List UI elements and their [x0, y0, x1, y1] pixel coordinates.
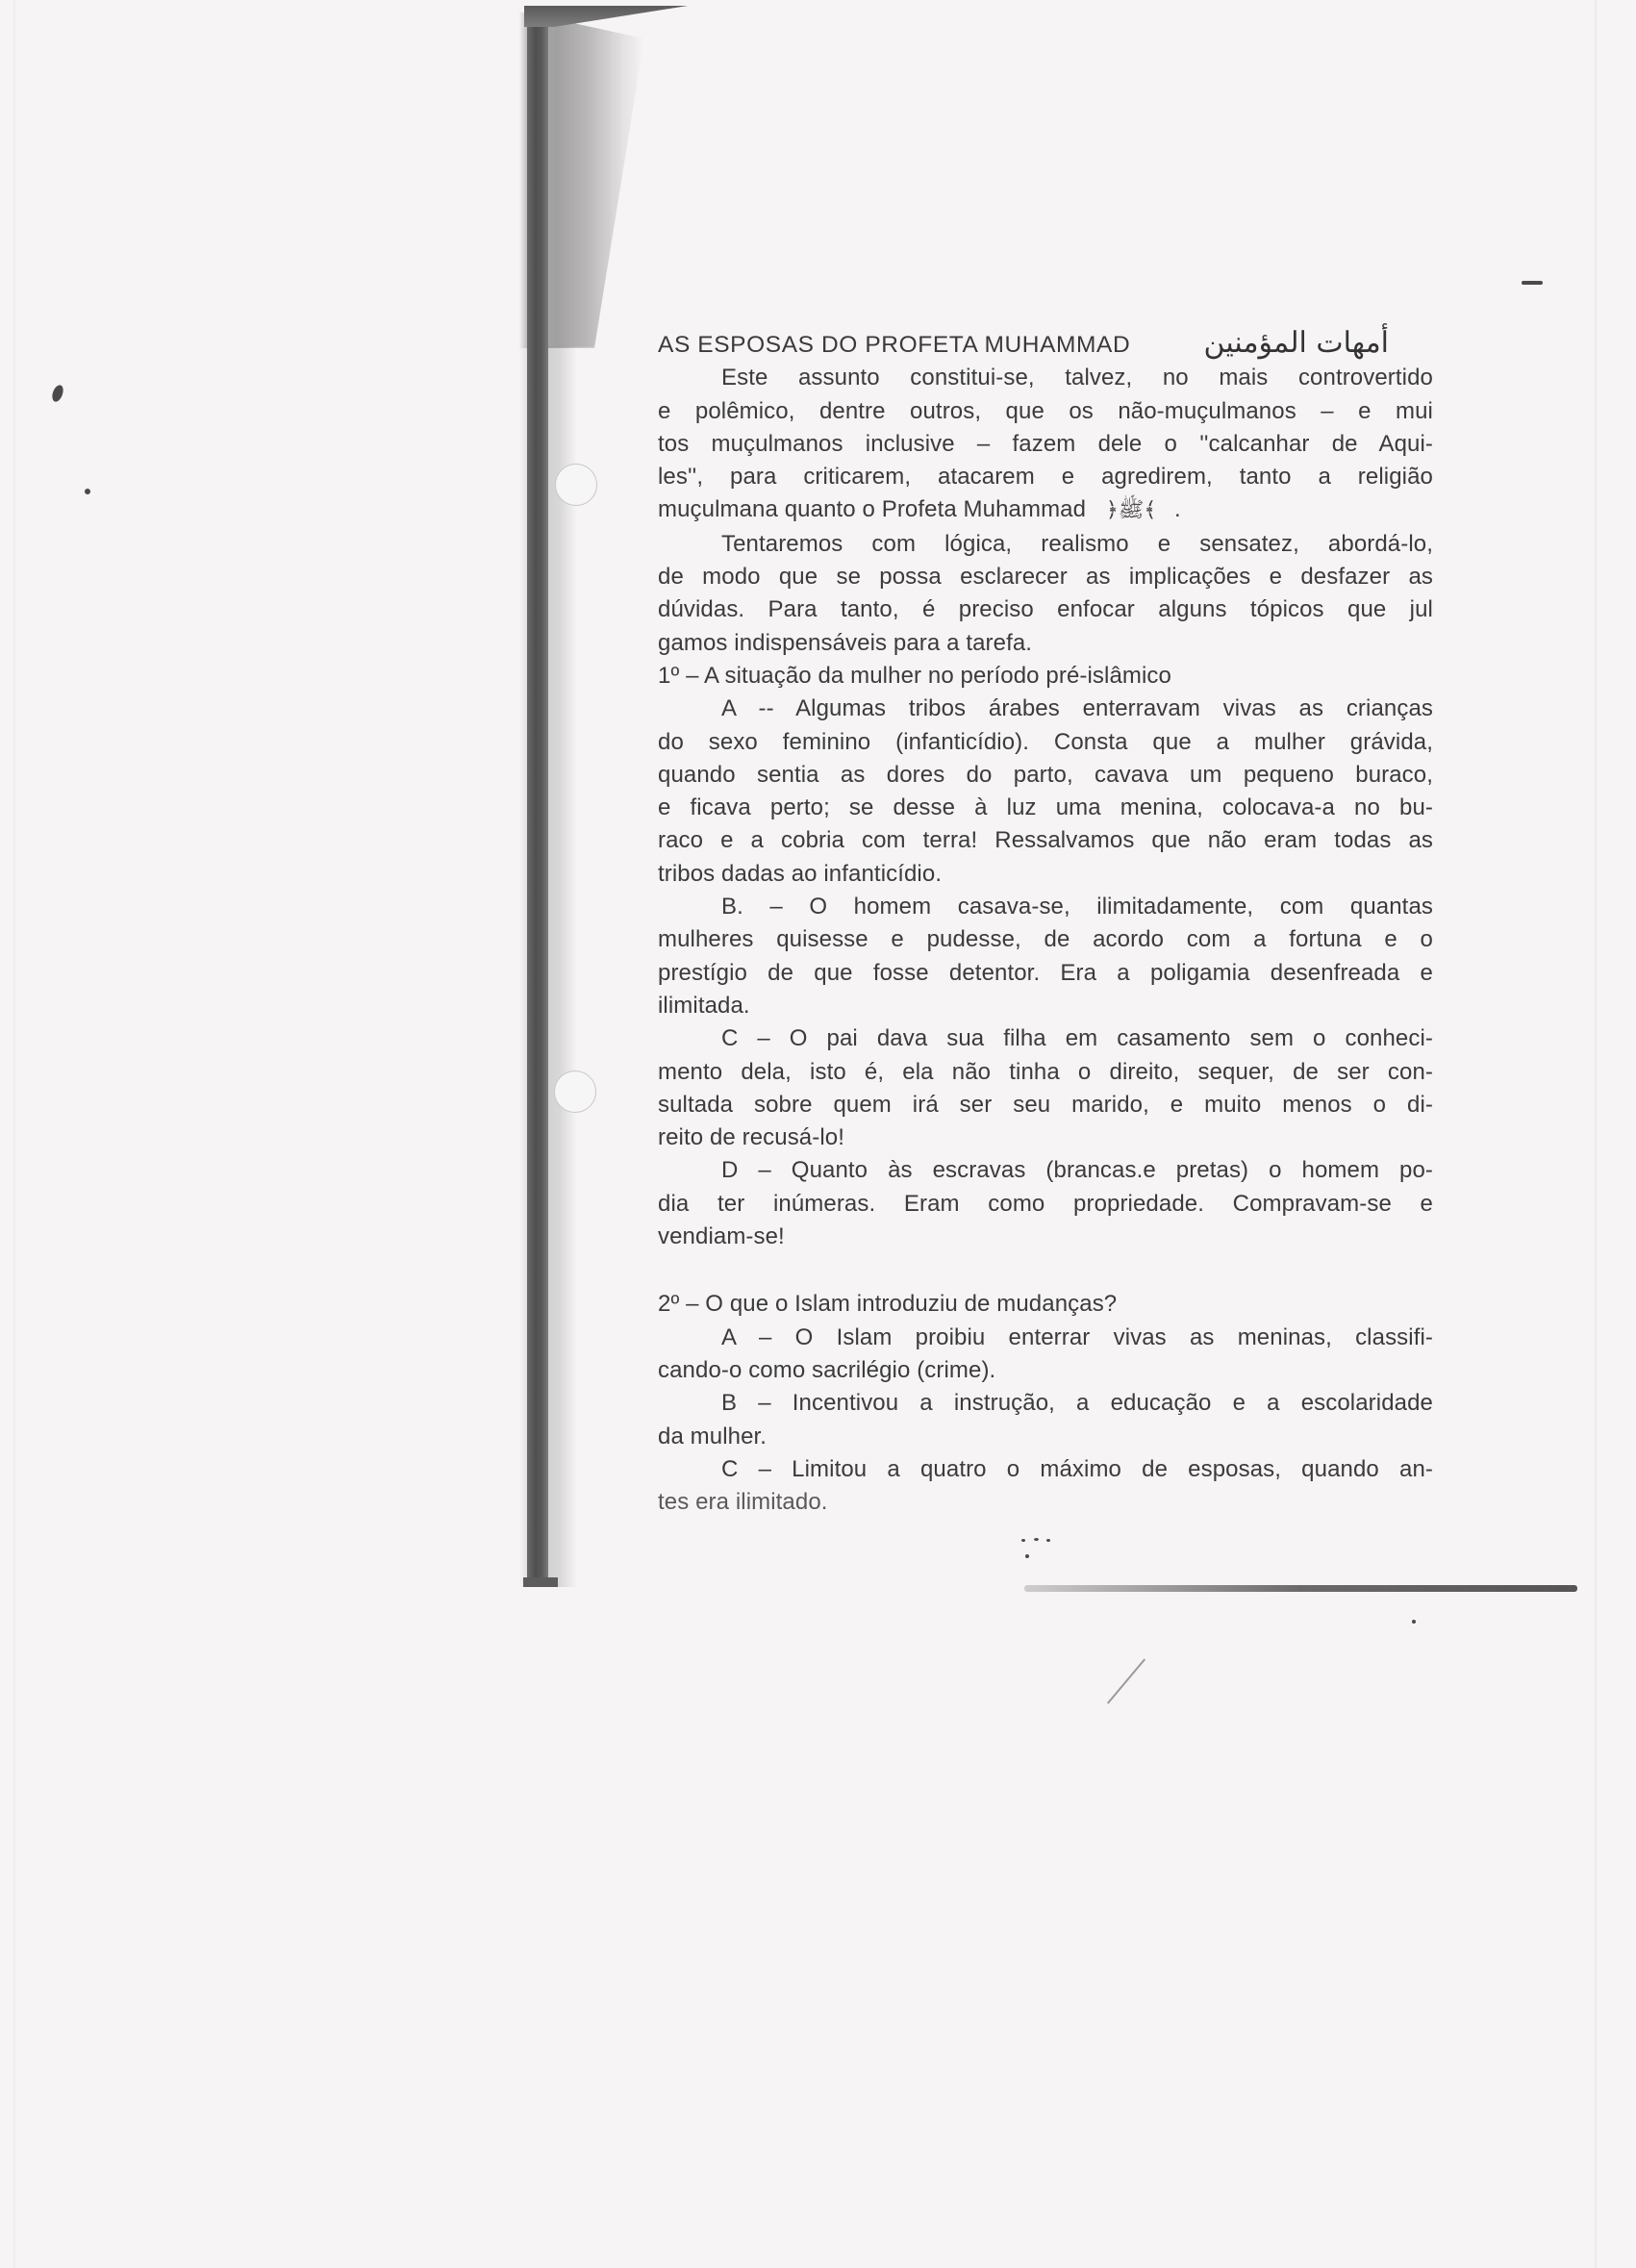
text-line: raco e a cobria com terra! Ressalvamos q… — [658, 824, 1433, 857]
page-bottom-edge-line — [1024, 1585, 1577, 1592]
text-line: e polêmico, dentre outros, que os não-mu… — [658, 395, 1433, 428]
text-fragment: muçulmana quanto o Profeta Muhammad — [658, 496, 1086, 522]
text-line-last: muçulmana quanto o Profeta Muhammad ﴿ﷺ﴾ … — [658, 493, 1433, 527]
scan-speck — [1025, 1554, 1029, 1558]
section-1-item-a: A -- Algumas tribos árabes enterravam vi… — [658, 693, 1433, 891]
scan-stroke-mark — [1107, 1658, 1145, 1703]
scan-speck — [1034, 1538, 1039, 1541]
scan-speck — [1412, 1620, 1416, 1624]
text-line: Tentaremos com lógica, realismo e sensat… — [658, 528, 1433, 561]
text-line: D – Quanto às escravas (brancas.e pretas… — [658, 1154, 1433, 1187]
binding-bottom-fold — [523, 1577, 558, 1587]
text-line: e ficava perto; se desse à luz uma menin… — [658, 792, 1433, 824]
section-2-item-a: A – O Islam proibiu enterrar vivas as me… — [658, 1322, 1433, 1388]
text-line: da mulher. — [658, 1421, 1433, 1453]
binding-edge-bar — [527, 10, 548, 1587]
text-line: sultada sobre quem irá ser seu marido, e… — [658, 1089, 1433, 1121]
text-line: prestígio de que fosse detentor. Era a p… — [658, 957, 1433, 990]
scan-speck — [1021, 1539, 1025, 1542]
text-line: mulheres quisesse e pudesse, de acordo c… — [658, 923, 1433, 956]
arabic-title: أمهات المؤمنين — [1204, 327, 1389, 360]
text-line: mento dela, isto é, ela não tinha o dire… — [658, 1056, 1433, 1089]
section-2-item-c: C – Limitou a quatro o máximo de esposas… — [658, 1453, 1433, 1520]
section-heading-2: 2º – O que o Islam introduziu de mudança… — [658, 1288, 1433, 1321]
title-row: AS ESPOSAS DO PROFETA MUHAMMAD أمهات الم… — [658, 327, 1389, 362]
text-line: A – O Islam proibiu enterrar vivas as me… — [658, 1322, 1433, 1354]
text-line: ilimitada. — [658, 990, 1433, 1022]
scan-speck — [1046, 1539, 1050, 1542]
scan-speck — [50, 384, 65, 403]
binding-top-fold — [524, 6, 688, 27]
page-title: AS ESPOSAS DO PROFETA MUHAMMAD — [658, 329, 1130, 362]
text-line: B. – O homem casava-se, ilimitadamente, … — [658, 891, 1433, 923]
text-line: quando sentia as dores do parto, cavava … — [658, 759, 1433, 792]
intro-paragraph-1: Este assunto constitui-se, talvez, no ma… — [658, 362, 1433, 527]
text-line: C – O pai dava sua filha em casamento se… — [658, 1022, 1433, 1055]
text-line: dúvidas. Para tanto, é preciso enfocar a… — [658, 593, 1433, 626]
text-line: cando-o como sacrilégio (crime). — [658, 1354, 1433, 1387]
scan-speck — [1522, 281, 1543, 285]
section-1-item-d: D – Quanto às escravas (brancas.e pretas… — [658, 1154, 1433, 1253]
section-2-item-b: B – Incentivou a instrução, a educação e… — [658, 1387, 1433, 1453]
text-line: do sexo feminino (infanticídio). Consta … — [658, 726, 1433, 759]
text-line: C – Limitou a quatro o máximo de esposas… — [658, 1453, 1433, 1486]
text-line: reito de recusá-lo! — [658, 1121, 1433, 1154]
text-line: de modo que se possa esclarecer as impli… — [658, 561, 1433, 593]
document-text-block: AS ESPOSAS DO PROFETA MUHAMMAD أمهات الم… — [658, 327, 1433, 1519]
punch-hole-icon — [555, 464, 597, 506]
section-heading-1: 1º – A situação da mulher no período pré… — [658, 660, 1433, 693]
text-line: tribos dadas ao infanticídio. — [658, 858, 1433, 891]
text-line: dia ter inúmeras. Eram como propriedade.… — [658, 1188, 1433, 1221]
section-1-item-b: B. – O homem casava-se, ilimitadamente, … — [658, 891, 1433, 1022]
text-line: Este assunto constitui-se, talvez, no ma… — [658, 362, 1433, 394]
honorific-salawat-icon: ﴿ﷺ﴾ — [1106, 494, 1156, 527]
text-line-faded: tes era ilimitado. — [658, 1486, 1433, 1519]
scan-page-edge-right — [1595, 0, 1597, 2268]
text-line: B – Incentivou a instrução, a educação e… — [658, 1387, 1433, 1420]
scan-page-edge-left — [13, 0, 15, 2268]
text-line: tos muçulmanos inclusive – fazem dele o … — [658, 428, 1433, 461]
text-fragment: . — [1174, 496, 1181, 522]
scan-speck — [85, 489, 90, 494]
text-line: vendiam-se! — [658, 1221, 1433, 1253]
section-1-item-c: C – O pai dava sua filha em casamento se… — [658, 1022, 1433, 1154]
text-line: A -- Algumas tribos árabes enterravam vi… — [658, 693, 1433, 725]
intro-paragraph-2: Tentaremos com lógica, realismo e sensat… — [658, 528, 1433, 660]
section-spacer — [658, 1253, 1433, 1288]
text-line: les'', para criticarem, atacarem e agred… — [658, 461, 1433, 493]
text-line: gamos indispensáveis para a tarefa. — [658, 627, 1433, 660]
punch-hole-icon — [554, 1071, 596, 1113]
